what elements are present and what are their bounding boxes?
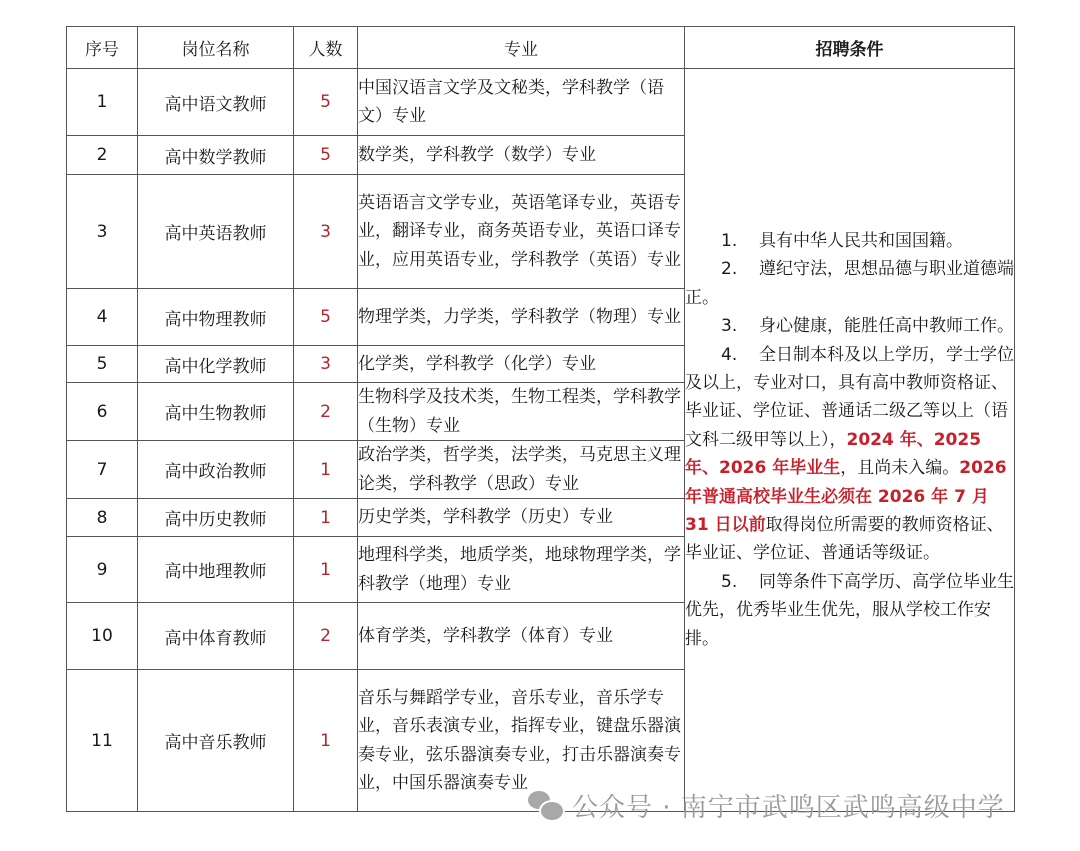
row-position: 高中生物教师 [138,383,294,441]
row-index: 1 [67,69,138,136]
row-index: 11 [67,670,138,812]
header-index: 序号 [67,27,138,69]
row-position: 高中物理教师 [138,289,294,346]
row-position: 高中化学教师 [138,346,294,383]
row-count: 1 [294,670,358,812]
row-major: 化学类，学科教学（化学）专业 [358,346,685,383]
row-major: 数学类，学科教学（数学）专业 [358,136,685,175]
header-row: 序号 岗位名称 人数 专业 招聘条件 [67,27,1015,69]
row-count: 3 [294,346,358,383]
header-count: 人数 [294,27,358,69]
row-index: 6 [67,383,138,441]
row-position: 高中英语教师 [138,175,294,289]
row-position: 高中音乐教师 [138,670,294,812]
row-index: 4 [67,289,138,346]
requirement-item-5: 5.同等条件下高学历、高学位毕业生优先，优秀毕业生优先，服从学校工作安排。 [685,568,1014,653]
row-count: 5 [294,136,358,175]
row-position: 高中数学教师 [138,136,294,175]
watermark-text: 公众号 · 南宁市武鸣区武鸣高级中学 [572,787,1005,824]
row-major: 生物科学及技术类，生物工程类，学科教学（生物）专业 [358,383,685,441]
row-count: 1 [294,499,358,537]
row-count: 2 [294,603,358,670]
row-major: 英语语言文学专业，英语笔译专业，英语专业，翻译专业，商务英语专业，英语口译专业，… [358,175,685,289]
row-position: 高中政治教师 [138,441,294,499]
row-count: 5 [294,69,358,136]
row-major: 地理科学类，地质学类，地球物理学类，学科教学（地理）专业 [358,537,685,603]
row-position: 高中体育教师 [138,603,294,670]
row-major: 中国汉语言文学及文秘类，学科教学（语文）专业 [358,69,685,136]
row-index: 7 [67,441,138,499]
row-count: 5 [294,289,358,346]
header-position: 岗位名称 [138,27,294,69]
requirements-cell: 1.具有中华人民共和国国籍。 2.遵纪守法，思想品德与职业道德端正。 3.身心健… [685,69,1015,812]
row-index: 9 [67,537,138,603]
requirement-item-3: 3.身心健康，能胜任高中教师工作。 [685,312,1014,340]
row-index: 3 [67,175,138,289]
requirement-item-2: 2.遵纪守法，思想品德与职业道德端正。 [685,255,1014,312]
row-count: 2 [294,383,358,441]
row-position: 高中语文教师 [138,69,294,136]
table-row: 1 高中语文教师 5 中国汉语言文学及文秘类，学科教学（语文）专业 1.具有中华… [67,69,1015,136]
row-major: 历史学类，学科教学（历史）专业 [358,499,685,537]
wechat-icon [528,791,562,821]
row-index: 8 [67,499,138,537]
row-major: 政治学类，哲学类，法学类，马克思主义理论类，学科教学（思政）专业 [358,441,685,499]
row-index: 5 [67,346,138,383]
row-major: 物理学类，力学类，学科教学（物理）专业 [358,289,685,346]
requirement-item-1: 1.具有中华人民共和国国籍。 [685,227,1014,255]
row-count: 1 [294,441,358,499]
row-index: 2 [67,136,138,175]
row-position: 高中地理教师 [138,537,294,603]
row-position: 高中历史教师 [138,499,294,537]
recruitment-table: 序号 岗位名称 人数 专业 招聘条件 1 高中语文教师 5 中国汉语言文学及文秘… [66,26,1015,812]
requirement-item-4: 4.全日制本科及以上学历，学士学位及以上，专业对口，具有高中教师资格证、毕业证、… [685,341,1014,568]
header-requirements: 招聘条件 [685,27,1015,69]
row-count: 1 [294,537,358,603]
watermark: 公众号 · 南宁市武鸣区武鸣高级中学 [528,787,1005,824]
row-major: 体育学类，学科教学（体育）专业 [358,603,685,670]
row-index: 10 [67,603,138,670]
header-major: 专业 [358,27,685,69]
row-count: 3 [294,175,358,289]
